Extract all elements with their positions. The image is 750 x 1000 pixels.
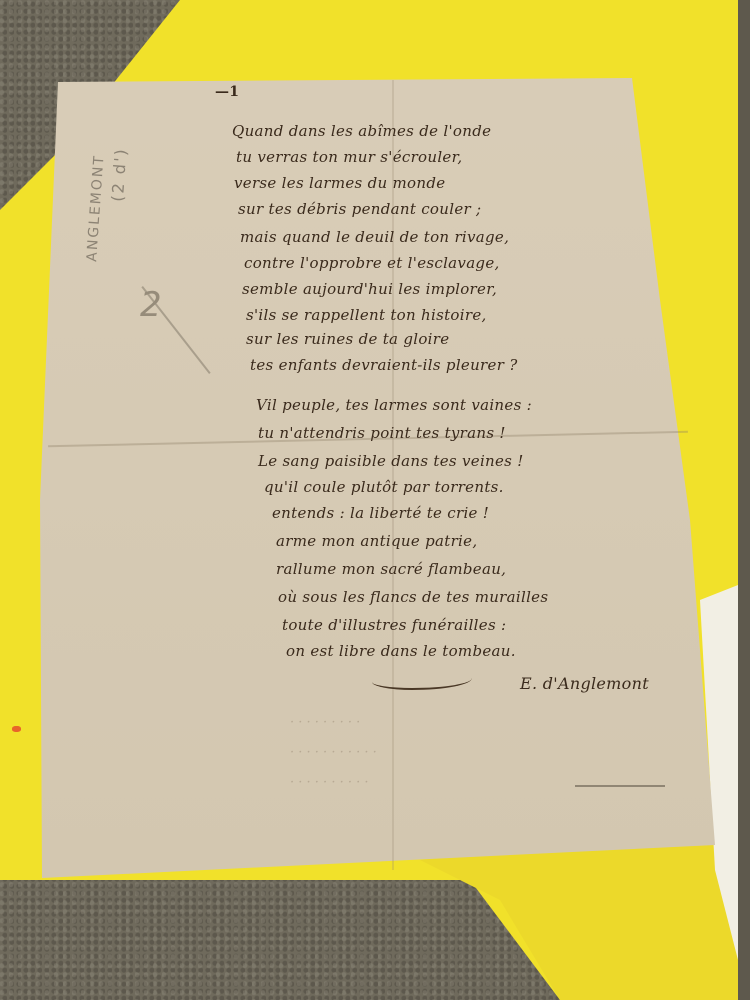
pencil-archive-note: (2 d') <box>108 147 131 203</box>
poem-line: tes enfants devraient-ils pleurer ? <box>250 356 518 374</box>
poem-line: on est libre dans le tombeau. <box>286 642 516 660</box>
poem-line: sur les ruines de ta gloire <box>246 330 449 348</box>
poem-line: toute d'illustres funérailles : <box>282 616 506 634</box>
orange-fleck <box>12 726 21 732</box>
bleed-through-line: · · · · · · · · · <box>290 715 360 730</box>
signature: E. d'Anglemont <box>520 674 649 693</box>
poem-line: où sous les flancs de tes murailles <box>278 588 548 606</box>
poem-line: Vil peuple, tes larmes sont vaines : <box>256 396 532 414</box>
page-mark: —1 <box>215 84 239 100</box>
poem-line: contre l'opprobre et l'esclavage, <box>244 254 500 272</box>
poem-line: tu verras ton mur s'écrouler, <box>236 148 463 166</box>
poem-line: Le sang paisible dans tes veines ! <box>258 452 524 470</box>
poem-line: mais quand le deuil de ton rivage, <box>240 228 509 246</box>
poem-line: entends : la liberté te crie ! <box>272 504 489 522</box>
bleed-through-line: · · · · · · · · · · <box>290 775 369 790</box>
poem-line: Quand dans les abîmes de l'onde <box>232 122 491 140</box>
poem-line: sur tes débris pendant couler ; <box>238 200 481 218</box>
poem-line: qu'il coule plutôt par torrents. <box>264 478 504 496</box>
poem-line: s'ils se rappellent ton histoire, <box>246 306 487 324</box>
poem-line: verse les larmes du monde <box>234 174 445 192</box>
poem-line: rallume mon sacré flambeau, <box>276 560 506 578</box>
bleed-through-line: · · · · · · · · · · · <box>290 745 377 760</box>
poem-line: arme mon antique patrie, <box>276 532 477 550</box>
poem-line: semble aujourd'hui les implorer, <box>242 280 497 298</box>
pencil-rule <box>575 785 665 787</box>
poem-line: tu n'attendris point tes tyrans ! <box>258 424 506 442</box>
vertical-fold-crease <box>392 80 394 870</box>
carpet-strip-right <box>738 0 750 1000</box>
